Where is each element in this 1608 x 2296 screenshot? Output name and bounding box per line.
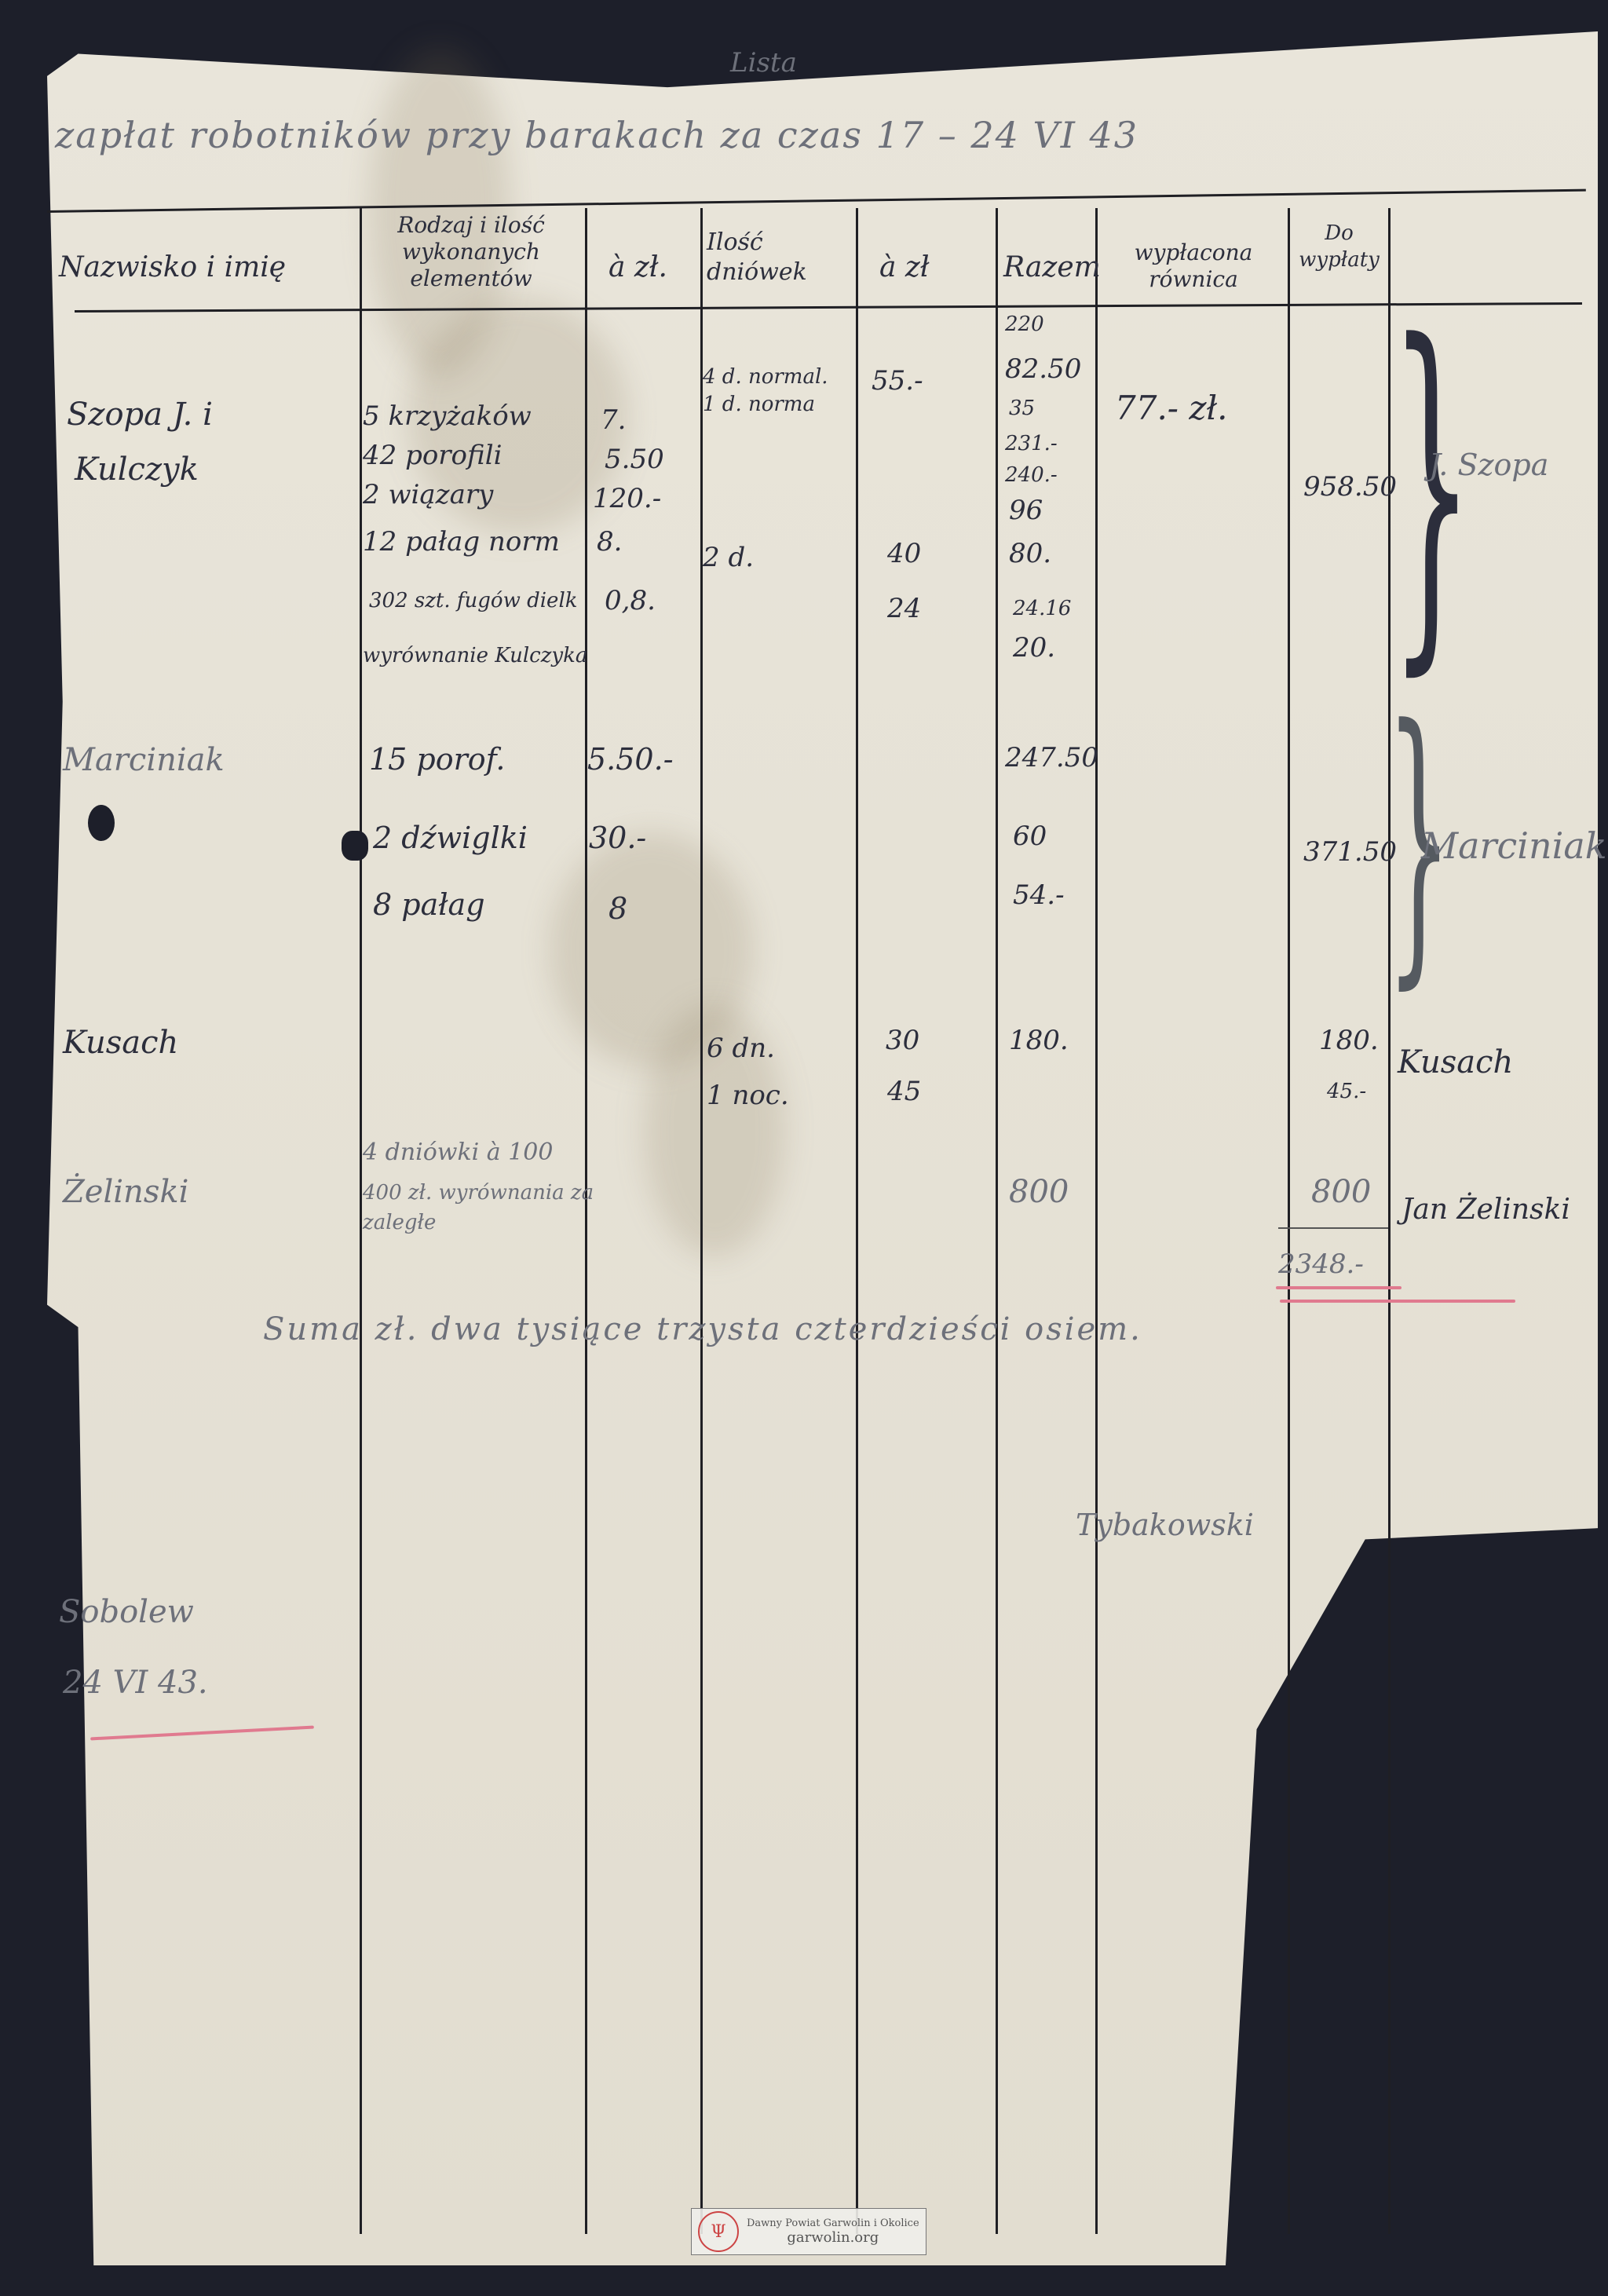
row2-signature: Marciniak (1421, 824, 1607, 867)
row3-day-rate: 45 (887, 1076, 921, 1107)
row1-day-rate: 24 (887, 593, 921, 624)
row1-name-1: Szopa J. i (67, 397, 213, 433)
row3-total: 180. (1009, 1025, 1069, 1056)
row1-element: wyrównanie Kulczyka (363, 644, 587, 667)
header-day-rate: à zł (879, 251, 930, 283)
place: Sobolew (59, 1594, 194, 1630)
row2-unit-price: 30.- (589, 821, 646, 855)
row2-unit-price: 8 (608, 891, 627, 926)
row1-day-rate: 40 (887, 538, 921, 569)
row1-total: 35 (1009, 397, 1035, 420)
row1-days: 2 d. (703, 542, 754, 573)
row1-total: 24.16 (1013, 597, 1071, 620)
row1-days: 1 d. norma (703, 393, 815, 416)
row1-name-2: Kulczyk (75, 452, 199, 488)
title-line: zapłat robotników przy barakach za czas … (55, 114, 1138, 156)
row2-element: 8 pałag (373, 887, 485, 922)
row2-total: 247.50 (1005, 742, 1098, 773)
column-divider (996, 208, 998, 2234)
row1-to-pay: 958.50 (1303, 471, 1397, 503)
header-unit-price: à zł. (608, 251, 667, 283)
grand-total: 2348.- (1278, 1249, 1364, 1280)
row1-total: 220 (1005, 313, 1044, 336)
title-top: Lista (730, 47, 797, 79)
row1-unit-price: 8. (597, 526, 622, 558)
header-elements: Rodzaj i ilość wykonanych elementów (365, 212, 577, 292)
column-divider (856, 208, 858, 2234)
bracket: } (1390, 298, 1474, 675)
pink-underline (1280, 1300, 1515, 1303)
column-divider (700, 208, 703, 2234)
row2-total: 54.- (1013, 879, 1065, 911)
row3-signature: Kusach (1398, 1044, 1513, 1080)
row1-signature: J. Szopa (1429, 448, 1548, 482)
row2-element: 2 dźwiglki (373, 821, 528, 855)
row1-element: 302 szt. fugów dielk (369, 589, 578, 612)
header-to-pay: Do wypłaty (1294, 220, 1384, 273)
row1-days: 4 d. normal. (703, 365, 828, 389)
row3-day-rate: 30 (886, 1025, 919, 1056)
row2-unit-price: 5.50.- (587, 742, 674, 777)
row2-total: 60 (1013, 821, 1047, 852)
row1-unit-price: 0,8. (605, 585, 656, 616)
row4-name: Żelinski (63, 1174, 188, 1210)
row1-total: 20. (1013, 632, 1055, 664)
row1-total: 80. (1009, 538, 1051, 569)
pink-underline (1276, 1286, 1402, 1289)
watermark-title: Dawny Powiat Garwolin i Okolice (747, 2217, 919, 2229)
row2-to-pay: 371.50 (1303, 836, 1397, 868)
row1-unit-price: 7. (601, 404, 626, 436)
row1-total: 96 (1009, 495, 1043, 526)
row4-element: 400 zł. wyrównania za zaległe (363, 1178, 598, 1238)
row4-total: 800 (1009, 1174, 1069, 1210)
seal-icon: Ψ (698, 2211, 739, 2252)
row1-paid-difference: 77.- zł. (1115, 389, 1227, 427)
row4-element: 4 dniówki à 100 (363, 1139, 553, 1166)
punch-hole (88, 805, 115, 841)
header-paid-difference: wypłacona równica (1103, 239, 1284, 293)
row1-total: 240.- (1005, 463, 1058, 487)
row1-element: 2 wiązary (363, 479, 493, 510)
row3-to-pay: 180. (1319, 1025, 1379, 1056)
watermark: Ψ Dawny Powiat Garwolin i Okolice garwol… (691, 2208, 926, 2255)
row1-total: 82.50 (1005, 353, 1081, 385)
row2-element: 15 porof. (369, 742, 505, 777)
sum-rule (1278, 1227, 1388, 1229)
row1-element: 5 krzyżaków (363, 400, 532, 432)
watermark-url: garwolin.org (787, 2229, 879, 2246)
row1-unit-price: 5.50 (605, 444, 664, 475)
column-divider (1095, 208, 1098, 2234)
row1-day-rate: 55.- (872, 365, 923, 397)
row2-name: Marciniak (63, 742, 225, 778)
column-divider (1288, 208, 1290, 2234)
row1-element: 12 pałag norm (363, 526, 560, 558)
row1-unit-price: 120.- (593, 483, 661, 514)
bottom-signature: Tybakowski (1076, 1508, 1254, 1542)
header-name: Nazwisko i imię (59, 251, 286, 283)
row4-signature: Jan Żelinski (1402, 1194, 1570, 1226)
date: 24 VI 43. (63, 1665, 208, 1701)
row3-days: 1 noc. (707, 1080, 789, 1111)
row3-days: 6 dn. (707, 1033, 775, 1064)
column-divider (360, 208, 362, 2234)
row1-total: 231.- (1005, 432, 1058, 455)
row3-to-pay: 45.- (1327, 1080, 1366, 1103)
header-total: Razem (1003, 251, 1101, 283)
row3-name: Kusach (63, 1025, 178, 1061)
row1-element: 42 porofili (363, 440, 502, 471)
sum-in-words: Suma zł. dwa tysiące trzysta czterdzieśc… (263, 1311, 1142, 1347)
punch-hole (342, 831, 368, 861)
header-days: Ilość dniówek (707, 228, 848, 287)
row4-to-pay: 800 (1311, 1174, 1371, 1210)
